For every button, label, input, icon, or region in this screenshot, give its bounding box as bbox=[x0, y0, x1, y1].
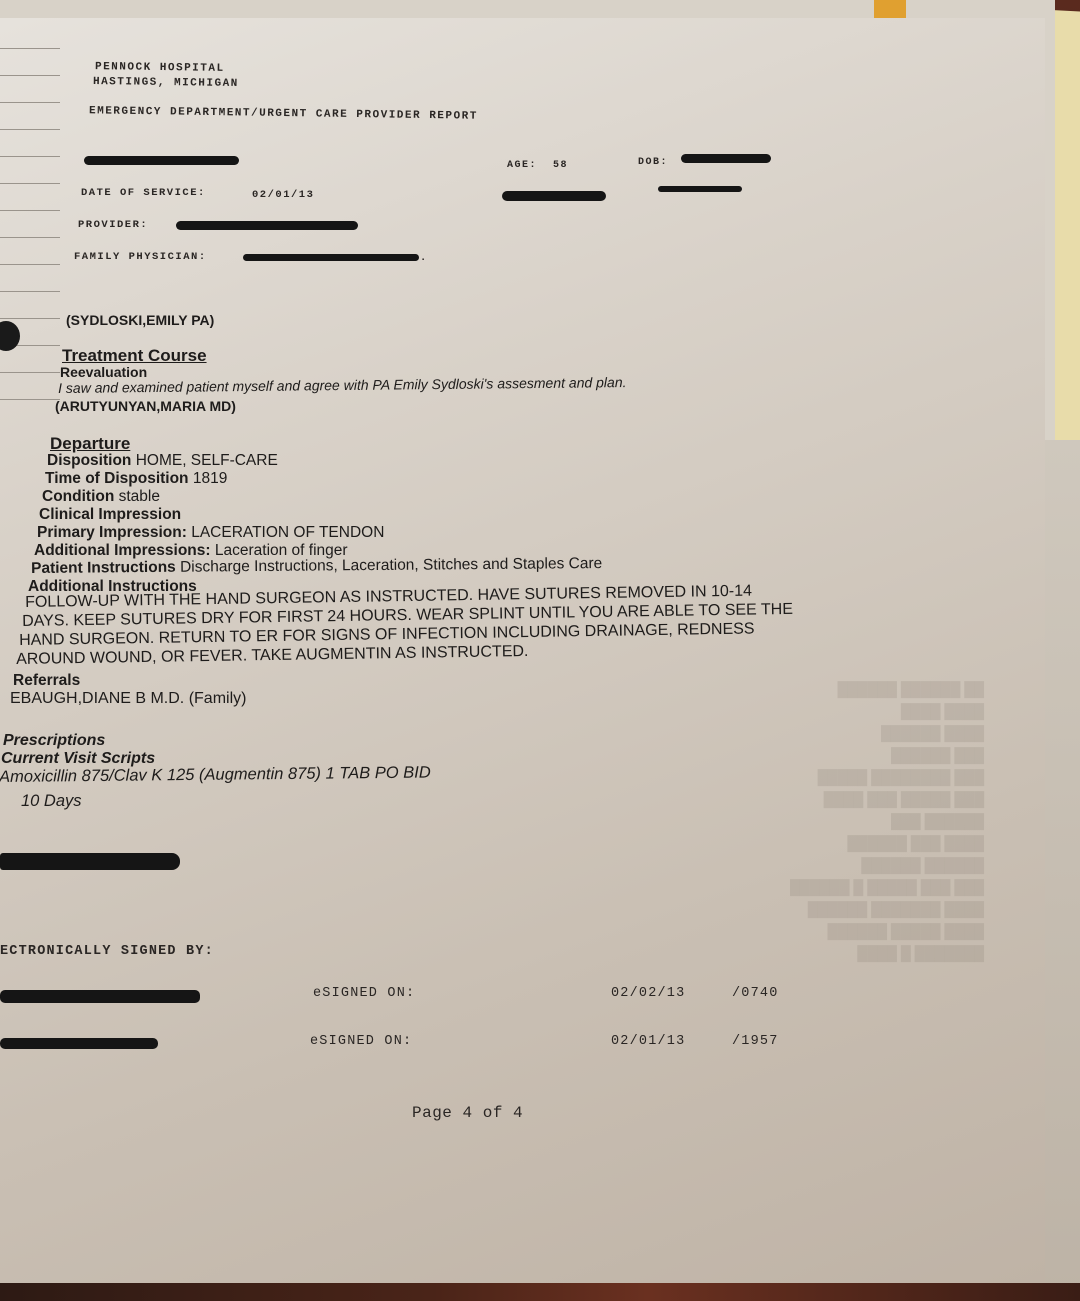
pa-name: (SYDLOSKI,EMILY PA) bbox=[66, 312, 214, 328]
esigned-label: eSIGNED ON: bbox=[313, 986, 415, 1001]
attending-signer: (ARUTYUNYAN,MARIA MD) bbox=[55, 398, 236, 414]
field-value: HOME, SELF-CARE bbox=[131, 452, 277, 469]
sticky-tab bbox=[874, 0, 906, 20]
hospital-location: HASTINGS, MICHIGAN bbox=[93, 76, 239, 90]
esigned-time: /0740 bbox=[732, 986, 779, 1001]
report-title: EMERGENCY DEPARTMENT/URGENT CARE PROVIDE… bbox=[89, 105, 478, 122]
esigned-label: eSIGNED ON: bbox=[310, 1034, 412, 1049]
departure-field: Time of Disposition 1819 bbox=[45, 470, 227, 488]
referral-value: EBAUGH,DIANE B M.D. (Family) bbox=[10, 690, 246, 708]
prescriptions-heading: Prescriptions bbox=[3, 732, 105, 750]
redacted-field bbox=[502, 191, 606, 201]
redacted-patient-name bbox=[84, 156, 239, 165]
field-label: Additional Impressions: bbox=[34, 542, 211, 559]
field-label: Time of Disposition bbox=[45, 470, 189, 487]
redacted-provider bbox=[176, 221, 358, 230]
departure-field: Primary Impression: LACERATION OF TENDON bbox=[37, 524, 384, 542]
hospital-name: PENNOCK HOSPITAL bbox=[95, 61, 225, 75]
family-physician-suffix: . bbox=[420, 252, 428, 264]
redacted-signer bbox=[0, 1038, 158, 1049]
prescription-duration: 10 Days bbox=[21, 792, 82, 811]
report-page: PENNOCK HOSPITAL HASTINGS, MICHIGAN EMER… bbox=[0, 18, 1045, 1283]
departure-field: Patient Instructions Discharge Instructi… bbox=[31, 555, 602, 578]
field-label: Primary Impression: bbox=[37, 524, 187, 541]
field-value: 1819 bbox=[189, 470, 228, 487]
redacted-field bbox=[658, 186, 742, 192]
notebook-lines bbox=[0, 48, 60, 426]
bleed-through-text: ██████ ██████ ██████ ██████████ ████████… bbox=[790, 678, 984, 964]
departure-field: Condition stable bbox=[42, 488, 160, 506]
field-value: stable bbox=[114, 488, 160, 505]
esigned-time: /1957 bbox=[732, 1034, 779, 1049]
treatment-course-heading: Treatment Course bbox=[62, 346, 207, 366]
page-number: Page 4 of 4 bbox=[412, 1104, 523, 1122]
field-label: Condition bbox=[42, 488, 114, 505]
electronically-signed-heading: ECTRONICALLY SIGNED BY: bbox=[0, 944, 214, 959]
field-label: Clinical Impression bbox=[39, 506, 181, 523]
esigned-date: 02/02/13 bbox=[611, 986, 685, 1001]
field-value: Discharge Instructions, Laceration, Stit… bbox=[176, 555, 603, 576]
family-physician-label: FAMILY PHYSICIAN: bbox=[74, 251, 207, 263]
provider-label: PROVIDER: bbox=[78, 219, 148, 231]
esigned-date: 02/01/13 bbox=[611, 1034, 685, 1049]
reevaluation-label: Reevaluation bbox=[60, 364, 147, 380]
age-label: AGE: bbox=[507, 160, 537, 171]
field-label: Patient Instructions bbox=[31, 559, 176, 577]
departure-heading: Departure bbox=[50, 434, 130, 454]
age-value: 58 bbox=[553, 160, 568, 171]
date-of-service-label: DATE OF SERVICE: bbox=[81, 187, 206, 199]
redacted-block bbox=[0, 853, 180, 870]
departure-field: Disposition HOME, SELF-CARE bbox=[47, 452, 278, 470]
date-of-service-value: 02/01/13 bbox=[252, 189, 314, 201]
current-visit-scripts-label: Current Visit Scripts bbox=[1, 750, 155, 768]
redacted-signer bbox=[0, 990, 200, 1003]
departure-field: Clinical Impression bbox=[39, 506, 181, 524]
table-edge bbox=[0, 1283, 1080, 1301]
redacted-family-physician bbox=[243, 254, 419, 261]
dob-label: DOB: bbox=[638, 157, 668, 168]
prescription-drug: Amoxicillin 875/Clav K 125 (Augmentin 87… bbox=[0, 763, 431, 787]
referrals-label: Referrals bbox=[13, 672, 80, 690]
photo-scene: 1/17 PENNOCK HOSPITAL HASTINGS, MICHIGAN… bbox=[0, 0, 1080, 1301]
field-label: Disposition bbox=[47, 452, 131, 469]
field-value: LACERATION OF TENDON bbox=[187, 524, 385, 541]
redacted-dob bbox=[681, 154, 771, 163]
